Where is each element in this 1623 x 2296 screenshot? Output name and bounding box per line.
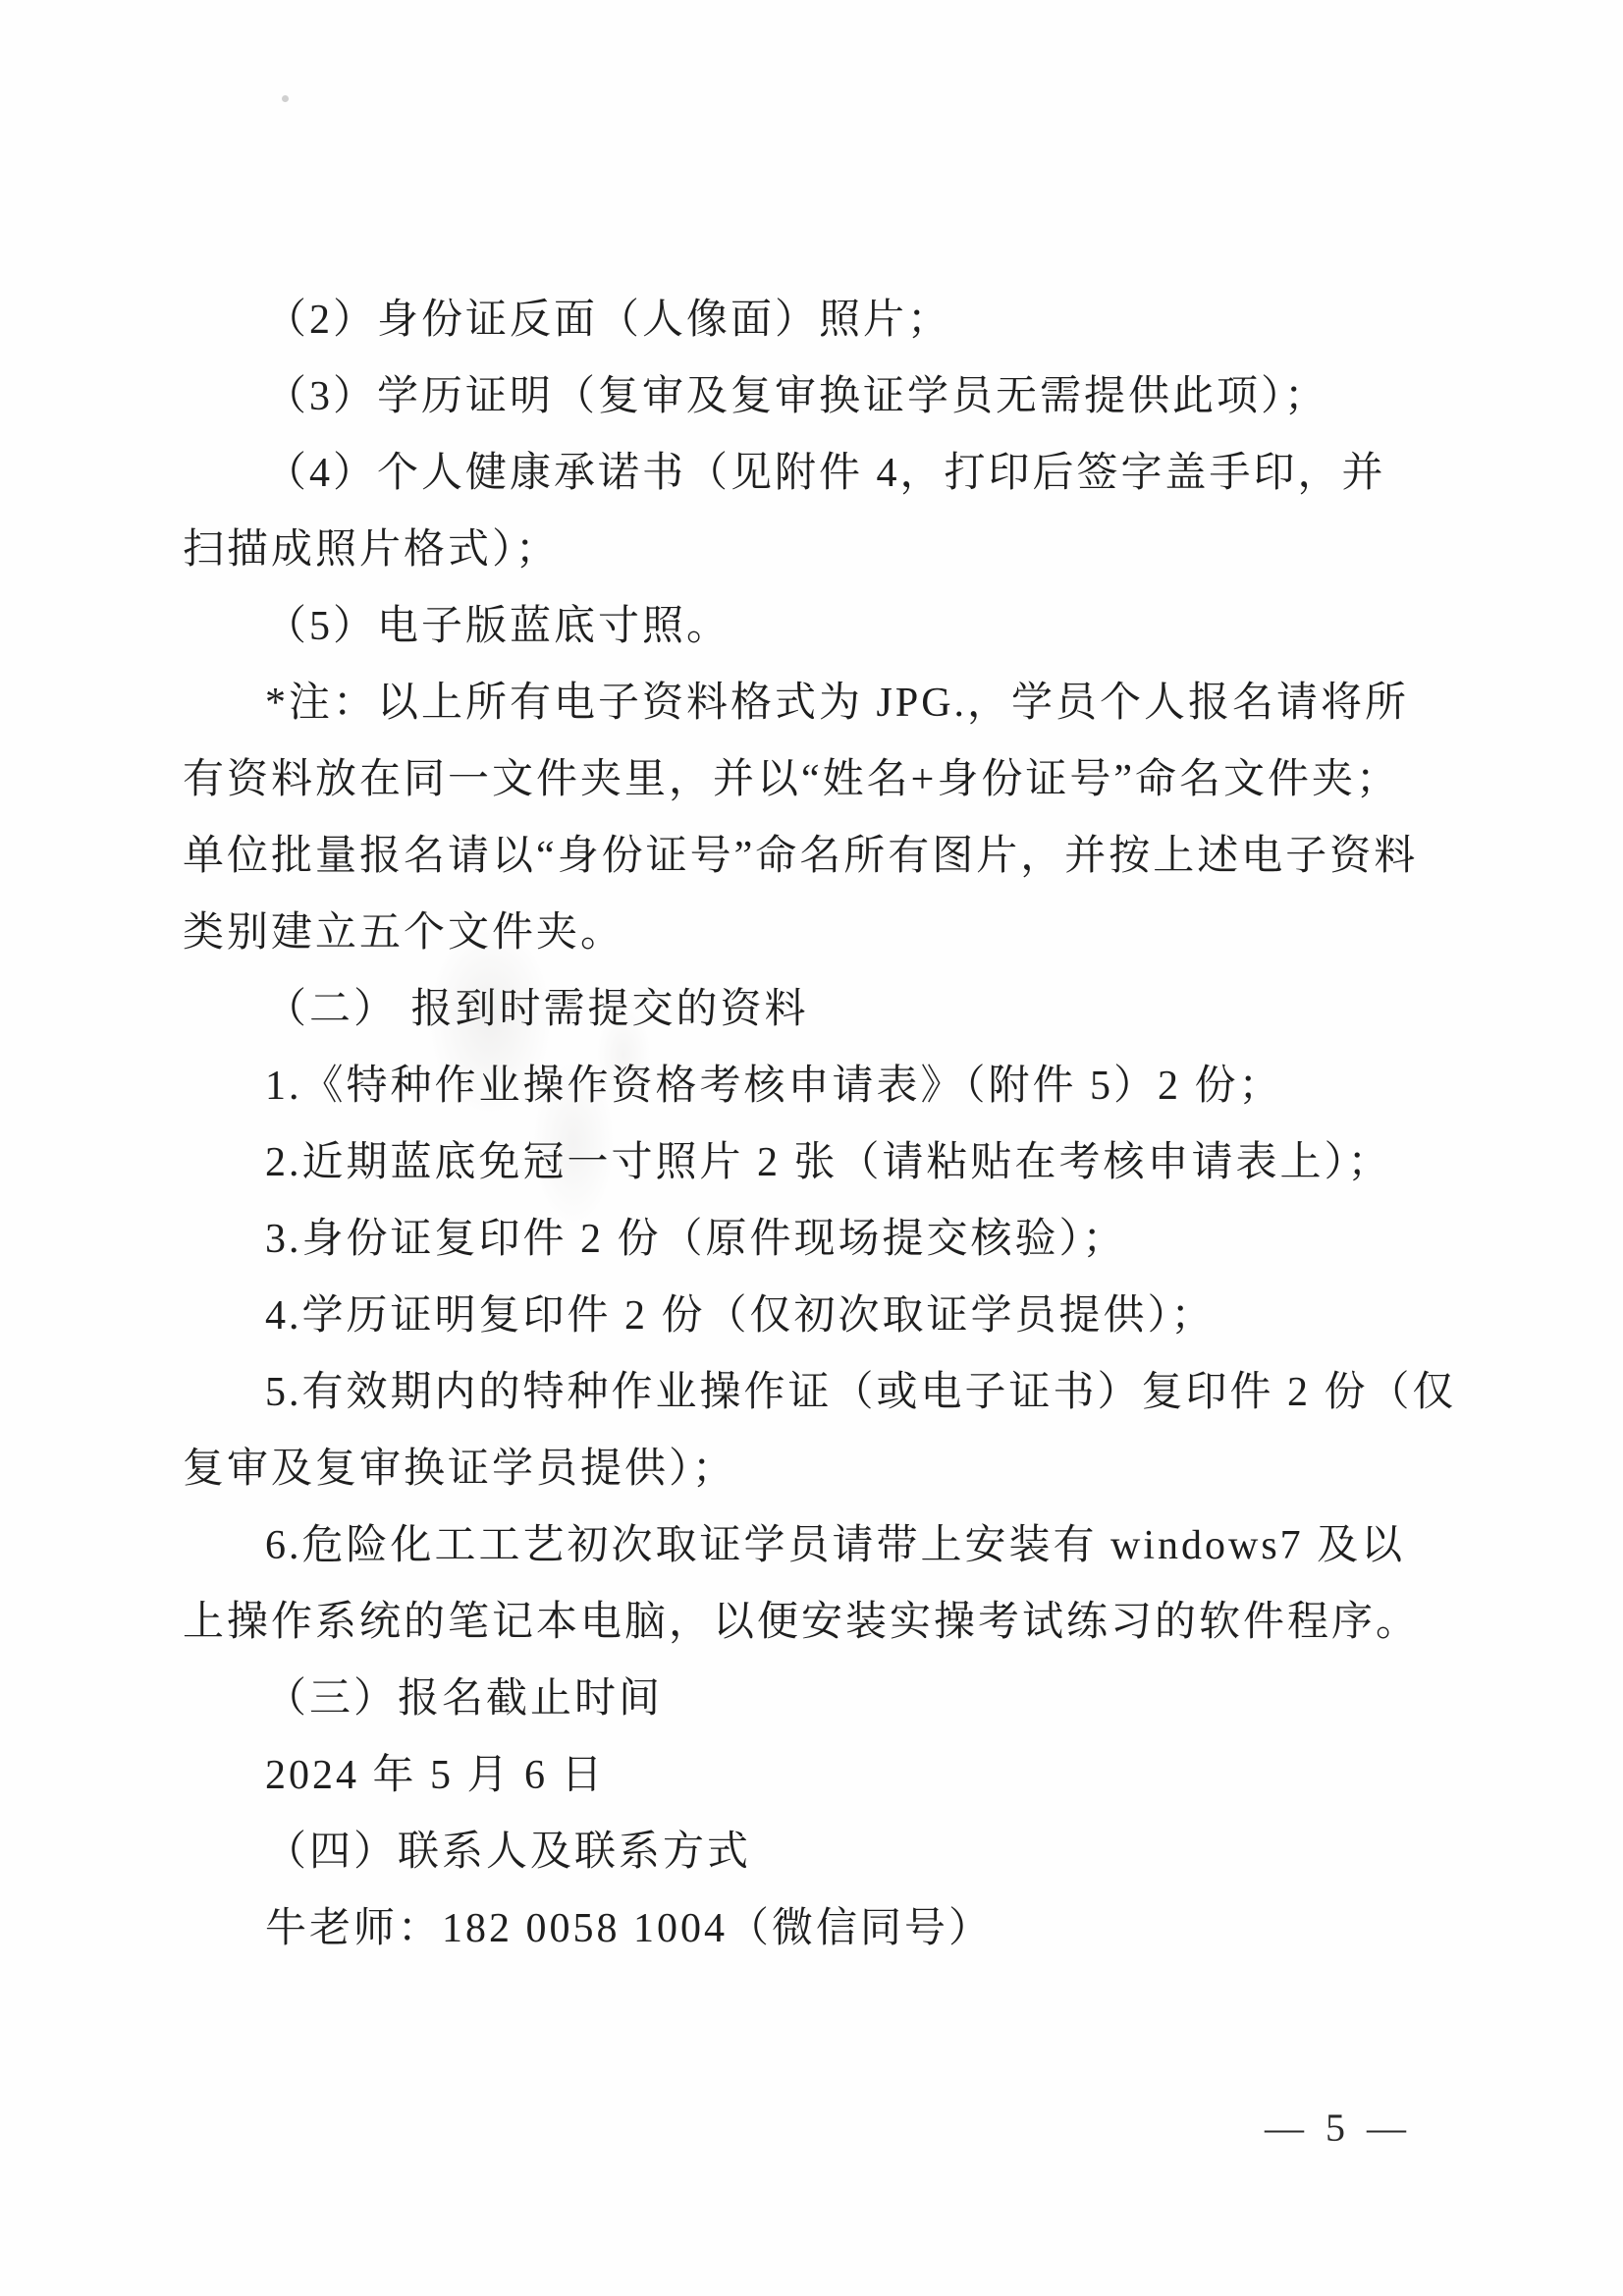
text-line: （3）学历证明（复审及复审换证学员无需提供此项）； [183, 358, 1441, 435]
text-line: 上操作系统的笔记本电脑，以便安装实操考试练习的软件程序。 [183, 1584, 1441, 1661]
text-line: （二） 报到时需提交的资料 [183, 971, 1441, 1048]
text-line: 2024 年 5 月 6 日 [183, 1737, 1441, 1814]
text-line: （4）个人健康承诺书（见附件 4，打印后签字盖手印，并 [183, 435, 1441, 512]
text-line: （四）联系人及联系方式 [183, 1814, 1441, 1890]
text-line: 3.身份证复印件 2 份（原件现场提交核验）； [183, 1201, 1441, 1278]
text-line: 扫描成照片格式）； [183, 512, 1441, 588]
text-line: （三）报名截止时间 [183, 1661, 1441, 1737]
text-line: 类别建立五个文件夹。 [183, 895, 1441, 971]
scan-speck [282, 95, 289, 102]
text-line: 2.近期蓝底免冠一寸照片 2 张（请粘贴在考核申请表上）； [183, 1124, 1441, 1201]
text-line: 6.危险化工工艺初次取证学员请带上安装有 windows7 及以 [183, 1507, 1441, 1584]
text-line: *注：以上所有电子资料格式为 JPG.，学员个人报名请将所 [183, 665, 1441, 741]
text-line: 5.有效期内的特种作业操作证（或电子证书）复印件 2 份（仅 [183, 1354, 1441, 1431]
text-line: 有资料放在同一文件夹里，并以“姓名+身份证号”命名文件夹； [183, 741, 1441, 818]
document-page: （2）身份证反面（人像面）照片；（3）学历证明（复审及复审换证学员无需提供此项）… [0, 0, 1623, 2296]
text-line: （5）电子版蓝底寸照。 [183, 588, 1441, 665]
page-number: — 5 — [1265, 2105, 1412, 2151]
text-line: 牛老师：182 0058 1004（微信同号） [183, 1890, 1441, 1967]
text-line: 单位批量报名请以“身份证号”命名所有图片，并按上述电子资料 [183, 818, 1441, 895]
text-line: 1.《特种作业操作资格考核申请表》（附件 5）2 份； [183, 1048, 1441, 1124]
text-line: 4.学历证明复印件 2 份（仅初次取证学员提供）； [183, 1278, 1441, 1354]
text-line: 复审及复审换证学员提供）； [183, 1431, 1441, 1507]
document-body: （2）身份证反面（人像面）照片；（3）学历证明（复审及复审换证学员无需提供此项）… [183, 282, 1441, 1967]
text-line: （2）身份证反面（人像面）照片； [183, 282, 1441, 358]
